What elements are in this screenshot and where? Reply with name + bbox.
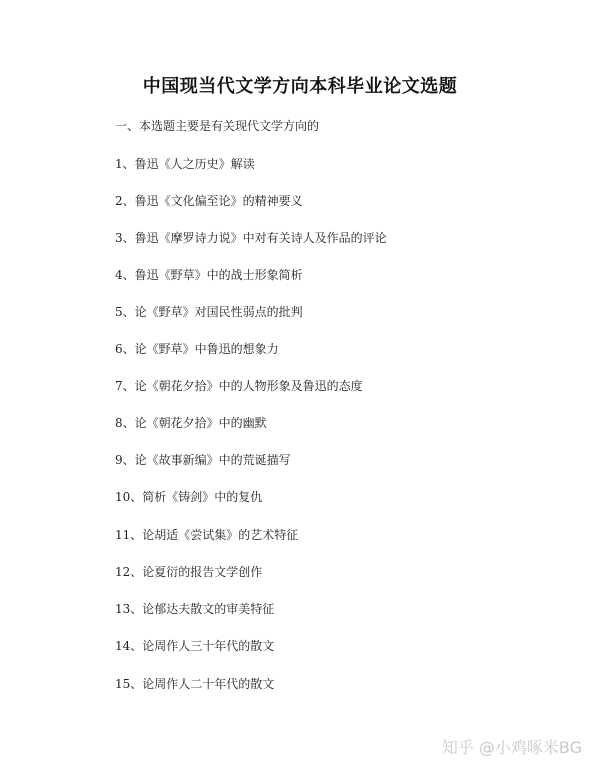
- list-item: 11、论胡适《尝试集》的艺术特征: [115, 526, 298, 543]
- list-item: 2、鲁迅《文化偏至论》的精神要义: [115, 192, 303, 209]
- list-item: 6、论《野草》中鲁迅的想象力: [115, 340, 279, 357]
- list-item: 13、论郁达夫散文的审美特征: [115, 600, 274, 617]
- watermark: 知乎 @小鸡啄米BG: [442, 735, 582, 758]
- section-heading: 一、本选题主要是有关现代文学方向的: [115, 117, 319, 134]
- list-item: 10、简析《铸剑》中的复仇: [115, 488, 262, 505]
- list-item: 3、鲁迅《摩罗诗力说》中对有关诗人及作品的评论: [115, 229, 387, 246]
- list-item: 14、论周作人三十年代的散文: [115, 637, 274, 654]
- list-item: 9、论《故事新编》中的荒诞描写: [115, 451, 291, 468]
- list-item: 15、论周作人二十年代的散文: [115, 675, 274, 692]
- list-item: 1、鲁迅《人之历史》解读: [115, 155, 255, 172]
- list-item: 12、论夏衍的报告文学创作: [115, 563, 262, 580]
- list-item: 7、论《朝花夕拾》中的人物形象及鲁迅的态度: [115, 377, 363, 394]
- document-title: 中国现当代文学方向本科毕业论文选题: [0, 72, 600, 98]
- list-item: 4、鲁迅《野草》中的战士形象简析: [115, 266, 303, 283]
- list-item: 5、论《野草》对国民性弱点的批判: [115, 303, 303, 320]
- list-item: 8、论《朝花夕拾》中的幽默: [115, 414, 267, 431]
